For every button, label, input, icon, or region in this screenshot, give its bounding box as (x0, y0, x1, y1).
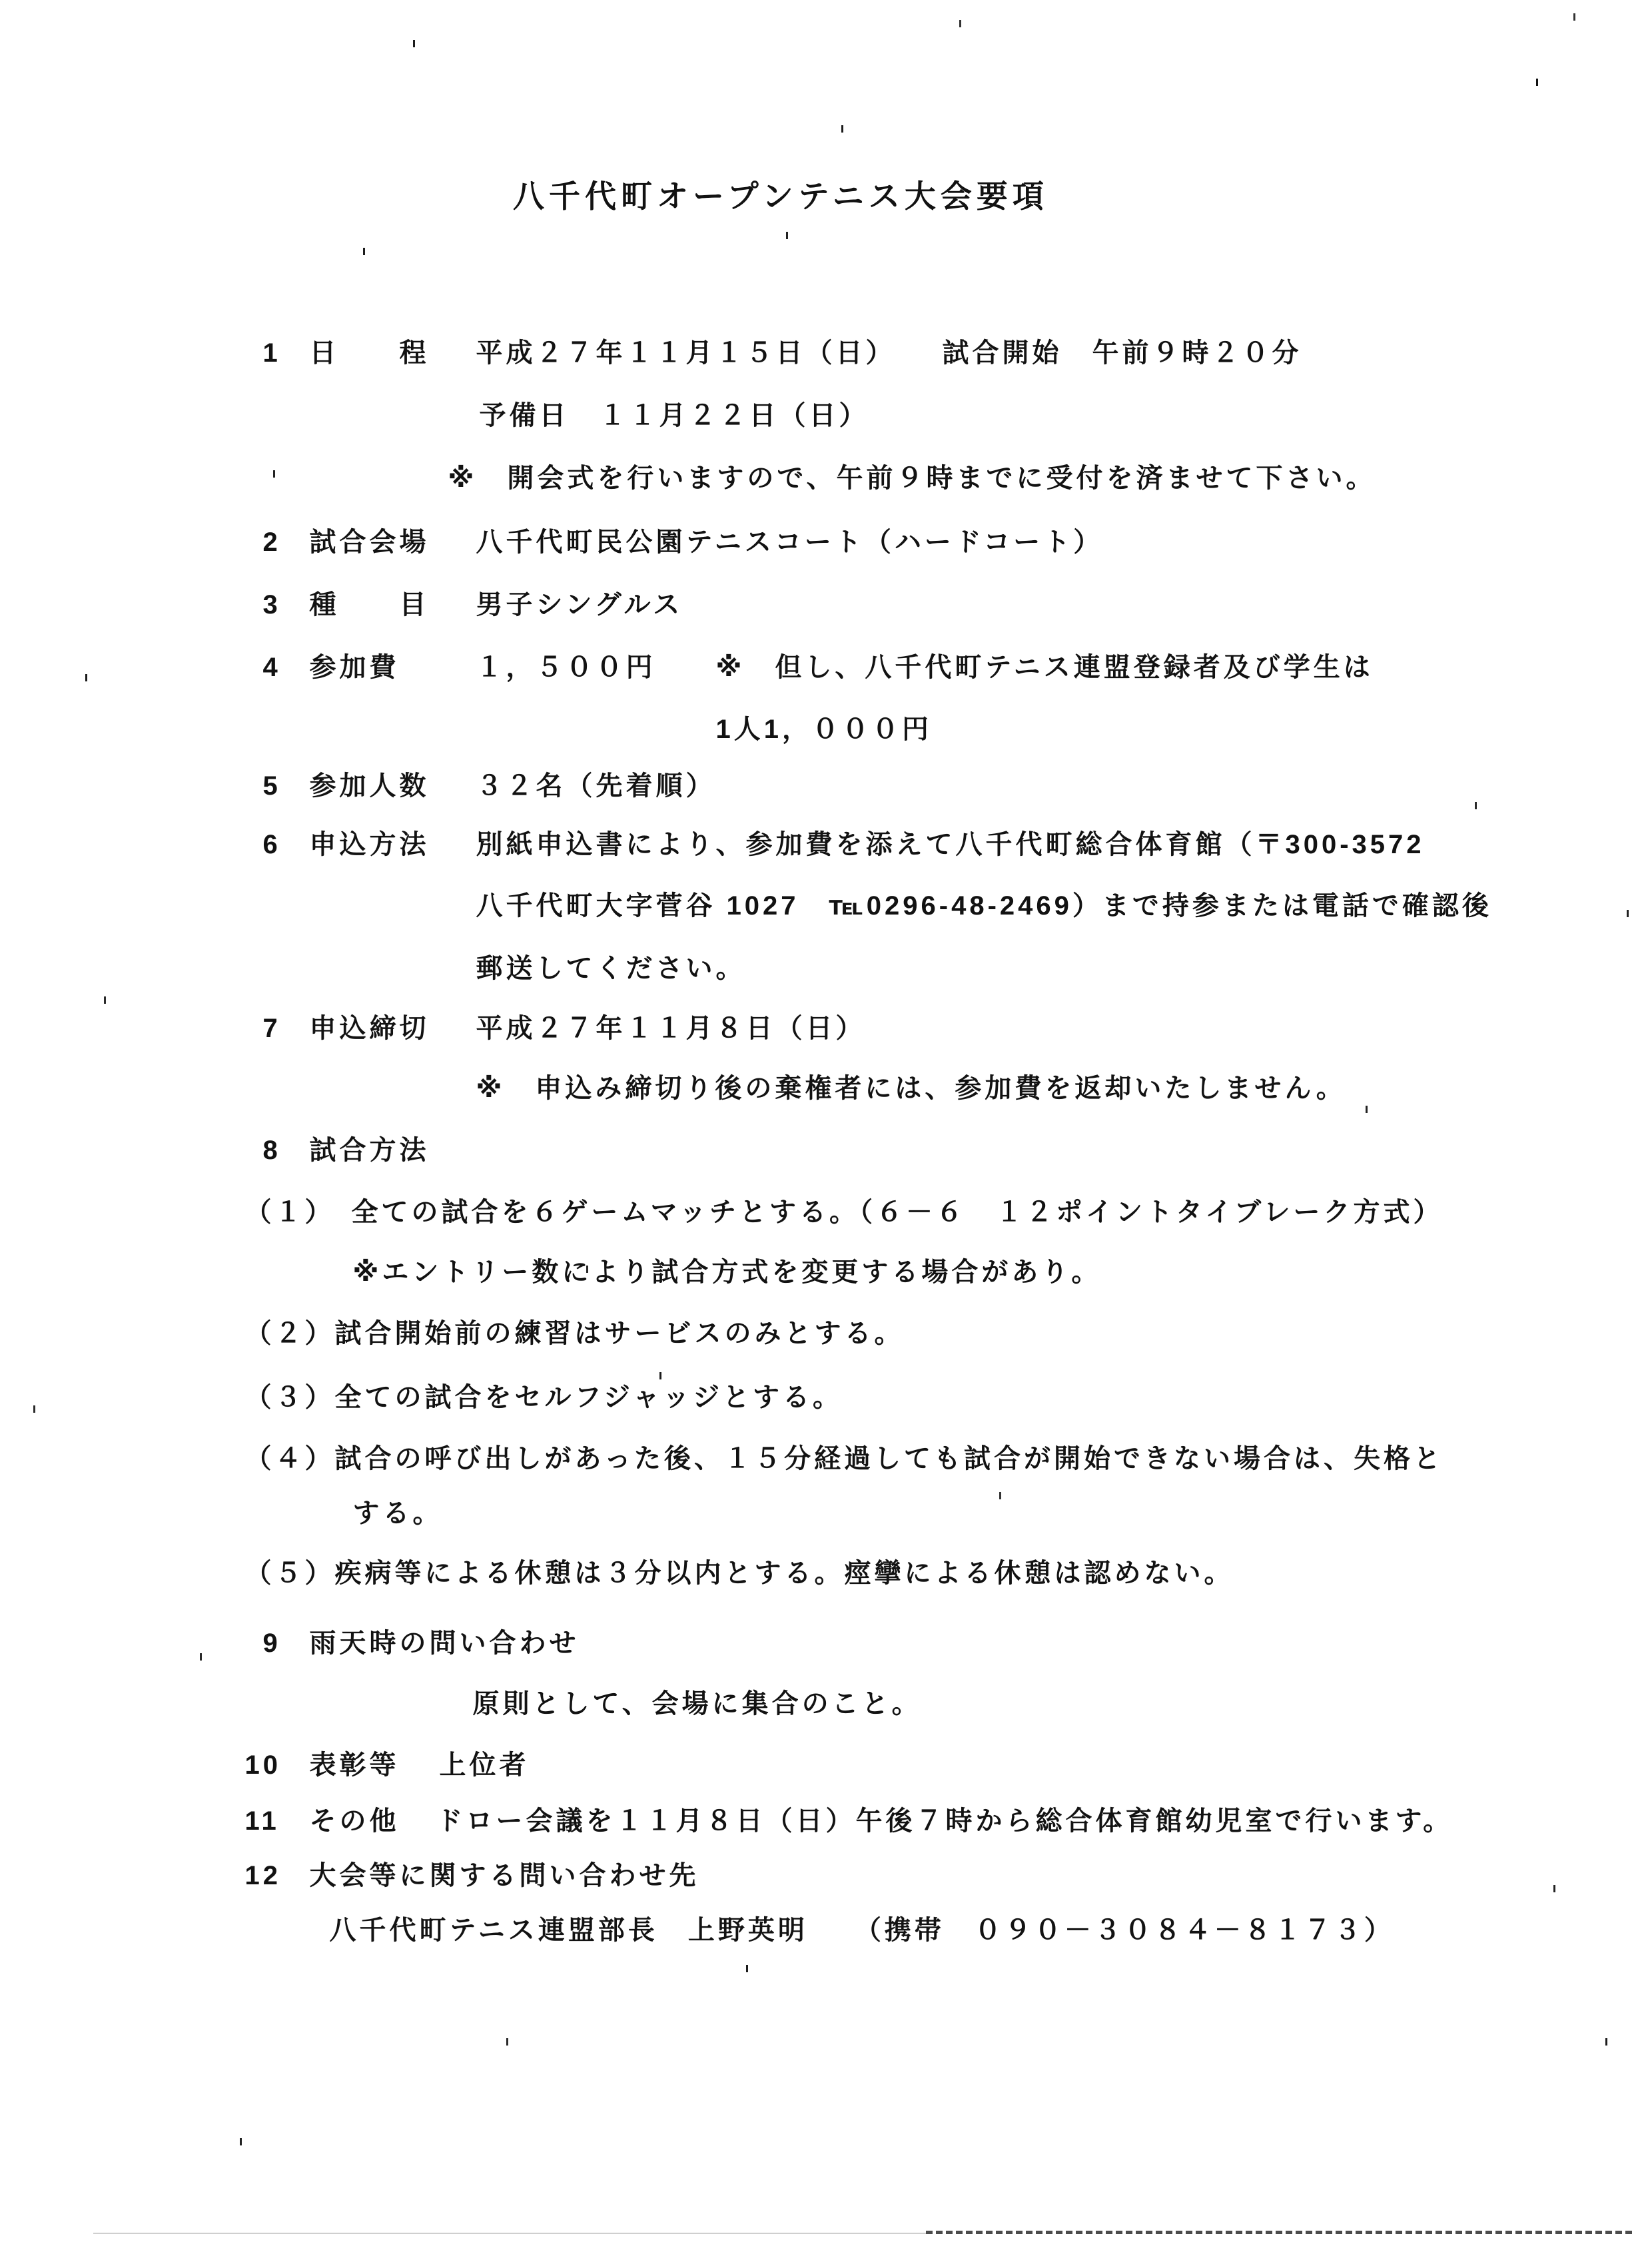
item-text: ※エントリー数により試合方式を変更する場合があり。 (352, 1258, 1101, 1287)
item-number: 9 (262, 1627, 309, 1659)
item-text: ※ 開会式を行いますので、午前９時までに受付を済ませて下さい。 (448, 464, 1376, 493)
item-text: 1人1，０００円 (715, 715, 932, 744)
item-text: 平成２７年１１月８日（日） (476, 1014, 865, 1043)
item-number: 2 (262, 526, 309, 558)
scan-edge-line (93, 2233, 926, 2234)
item-number: 3 (262, 589, 309, 621)
item-label: 日 程 (309, 337, 476, 369)
item-text: 原則として、会場に集合のこと。 (472, 1689, 921, 1718)
item-text: 予備日 １１月２２日（日） (479, 401, 869, 430)
item-label: 申込方法 (309, 829, 476, 861)
item-text: 郵送してください。 (476, 954, 745, 983)
item-number: 4 (262, 651, 309, 683)
item-text: 八千代町テニス連盟部長 上野英明 （携帯 ０９０－３０８４－８１７３） (329, 1916, 1394, 1945)
item12-contact-detail: 八千代町テニス連盟部長 上野英明 （携帯 ０９０－３０８４－８１７３） (286, 1882, 1394, 1978)
item-number: 6 (262, 829, 309, 861)
item7-note: ※ 申込み締切り後の棄権者には、参加費を返却いたしません。 (433, 1040, 1346, 1136)
item-text: 別紙申込書により、参加費を添えて八千代町総合体育館（〒300-3572 (476, 830, 1424, 859)
item-text: 雨天時の問い合わせ (309, 1629, 579, 1658)
item-text: （３）全ての試合をセルフジャッジとする。 (244, 1383, 843, 1412)
item-number: 7 (262, 1012, 309, 1044)
item-text: 八千代町大字菅谷 1027 ℡0296-48-2469）まで持参または電話で確認… (476, 891, 1491, 921)
item-text: 平成２７年１１月１５日（日） 試合開始 午前９時２０分 (476, 338, 1302, 368)
item-text: ※ 申込み締切り後の棄権者には、参加費を返却いたしません。 (476, 1074, 1346, 1103)
item-number: 1 (262, 337, 309, 369)
item-text: （２）試合開始前の練習はサービスのみとする。 (244, 1319, 904, 1348)
item-label: 申込締切 (309, 1012, 476, 1044)
item-number: 8 (262, 1134, 309, 1166)
item-text: １，５００円 ※ 但し、八千代町テニス連盟登録者及び学生は (476, 653, 1373, 682)
item-text: 八千代町民公園テニスコート（ハードコート） (476, 528, 1103, 557)
item-label: 試合方法 (309, 1134, 429, 1166)
item-text: する。 (352, 1499, 442, 1528)
item-text: （１） 全ての試合を６ゲームマッチとする。（６－６ １２ポイントタイブレーク方式… (244, 1198, 1443, 1227)
document-title: 八千代町オープンテニス大会要項 (513, 172, 1048, 216)
item-label: 試合会場 (309, 526, 476, 558)
scanned-document-page: 八千代町オープンテニス大会要項 1日 程平成２７年１１月１５日（日） 試合開始 … (0, 0, 1652, 2254)
scan-edge-dashes (926, 2231, 1632, 2234)
item-label: 参加費 (309, 651, 476, 683)
item-text: （５）疾病等による休憩は３分以内とする。痙攣による休憩は認めない。 (244, 1559, 1234, 1588)
item-label: 種 目 (309, 589, 476, 621)
item-text: 男子シングルス (476, 590, 683, 619)
